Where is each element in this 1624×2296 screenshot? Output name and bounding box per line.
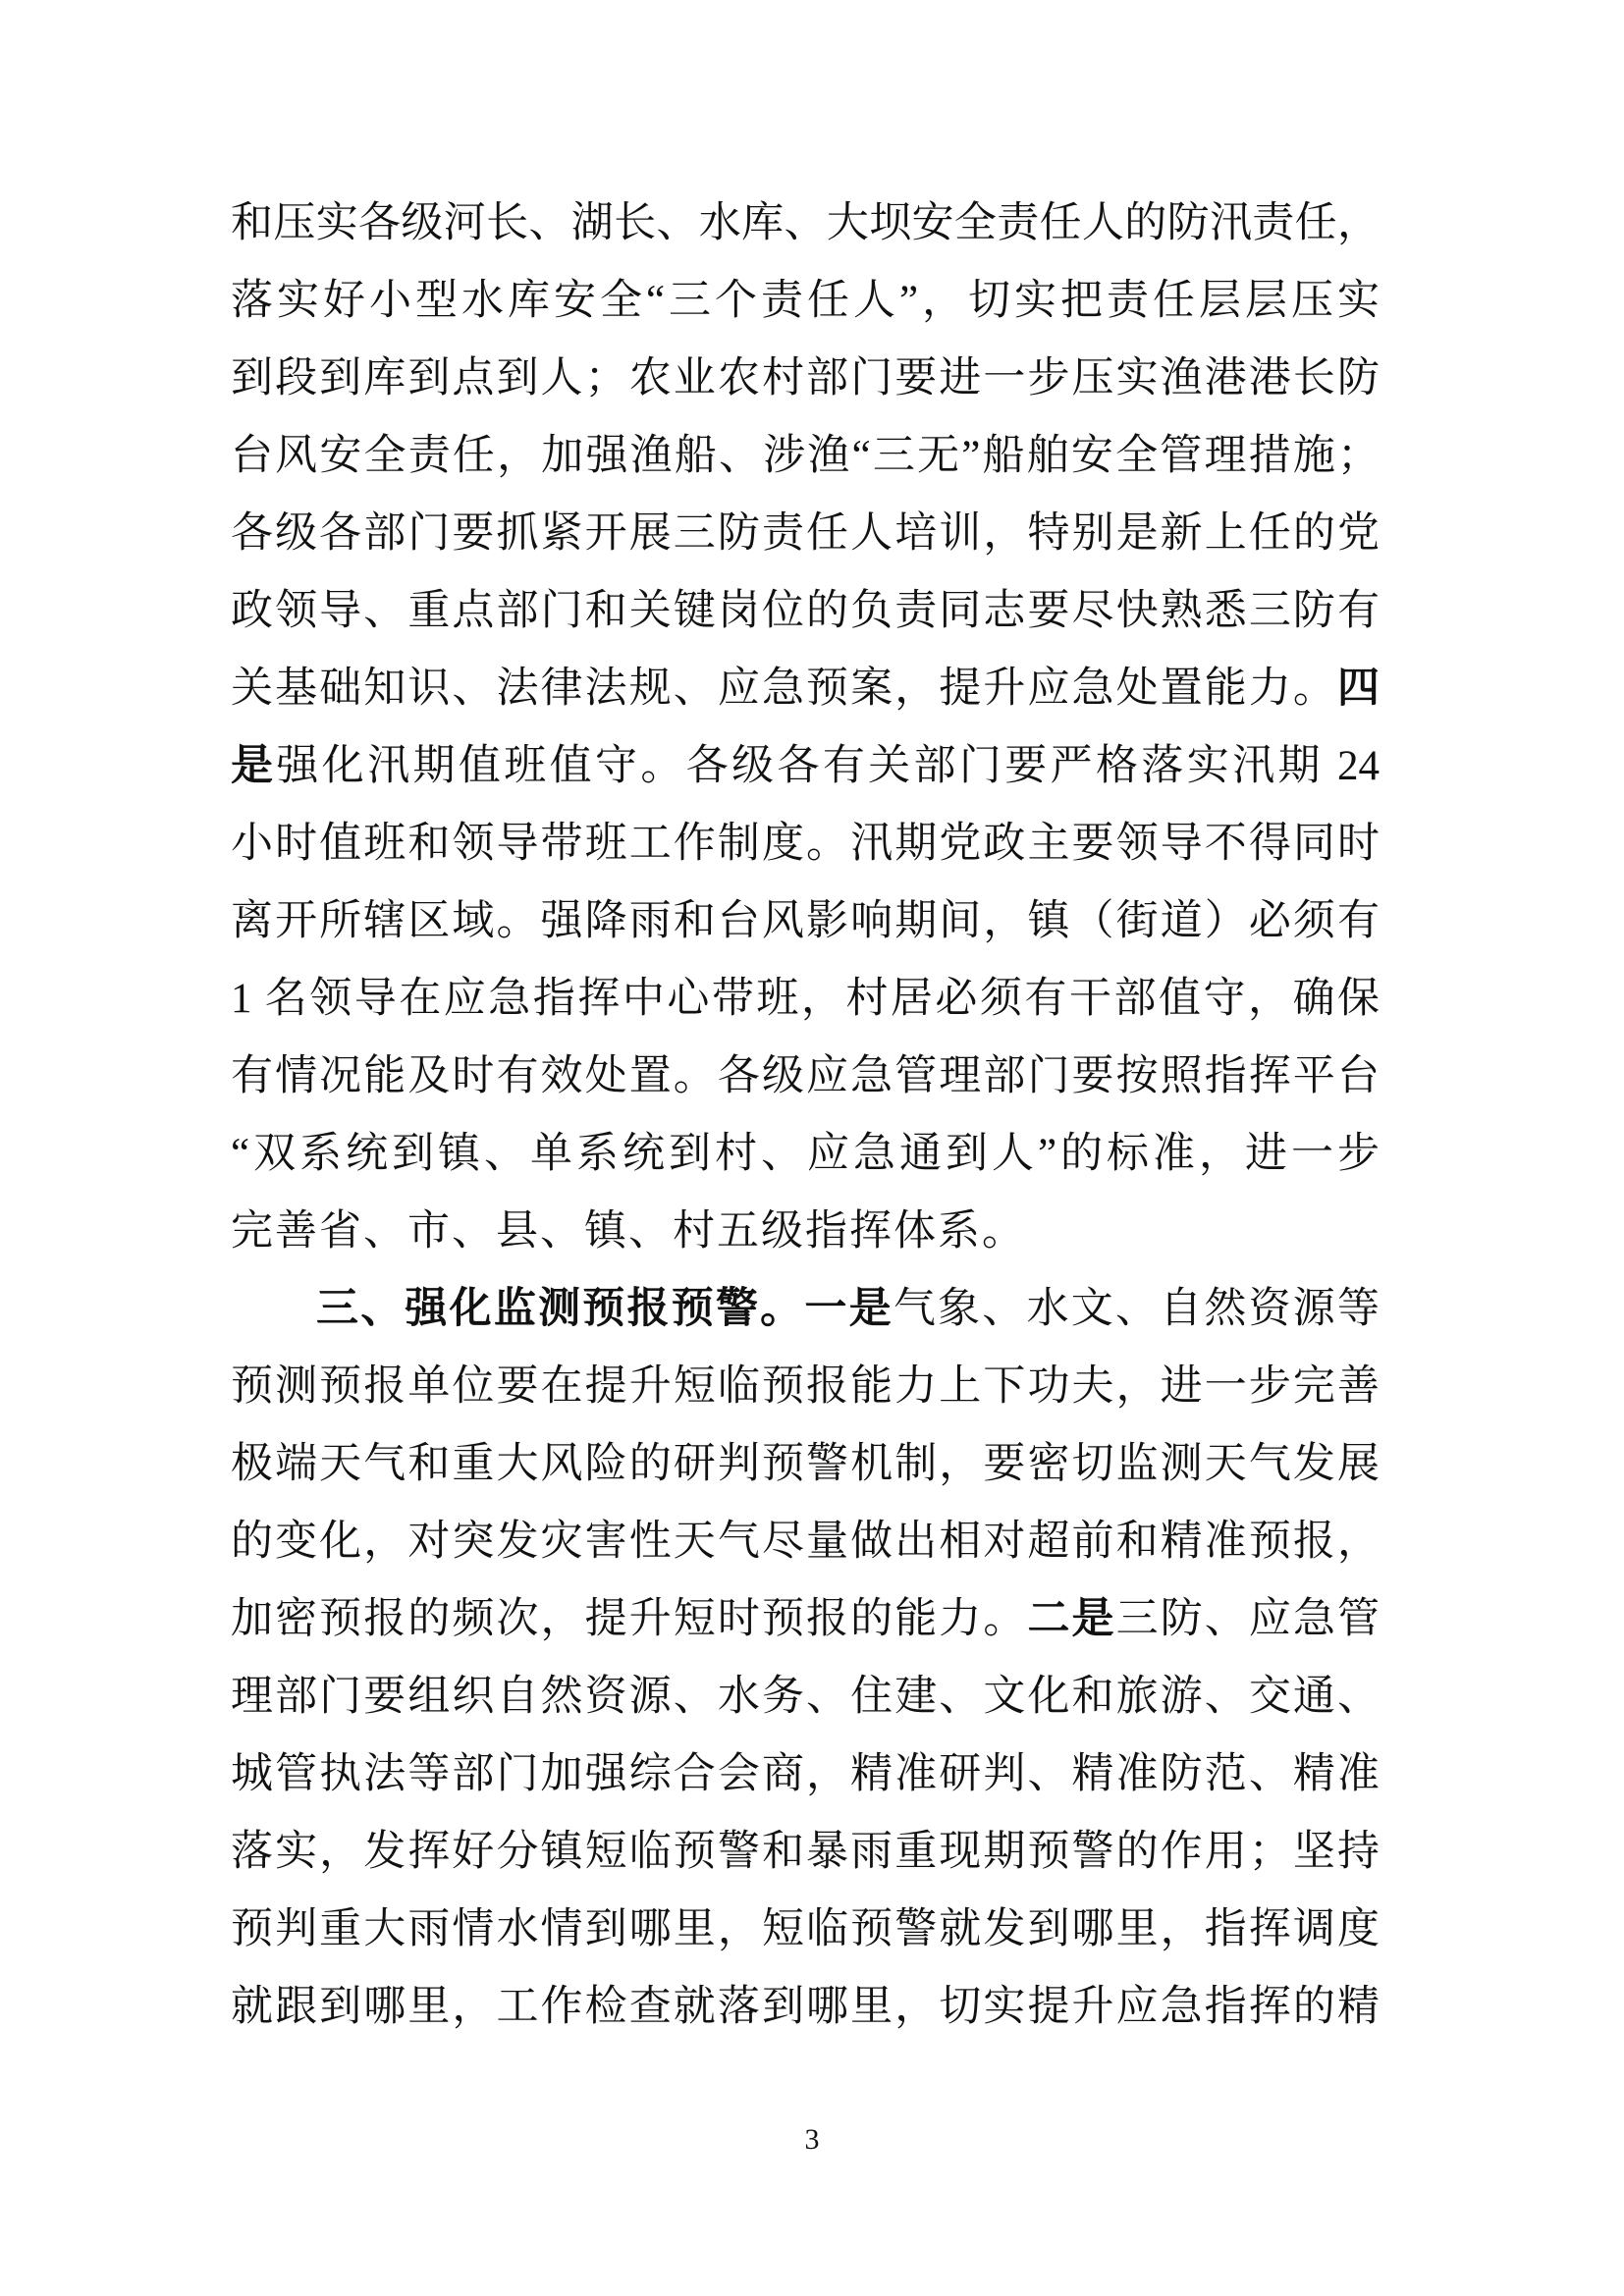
text-run: 各级各部门要抓紧开展三防责任人培训，特别是新上任的党 [231,510,1380,557]
text-line: 1 名领导在应急指挥中心带班，村居必须有干部值守，确保 [231,960,1380,1038]
text-line: 各级各部门要抓紧开展三防责任人培训，特别是新上任的党 [231,495,1380,572]
text-run: 预判重大雨情水情到哪里，短临预警就发到哪里，指挥调度 [231,1906,1380,1952]
text-line: 就跟到哪里，工作检查就落到哪里，切实提升应急指挥的精 [231,1968,1380,2046]
text-run: 极端天气和重大风险的研判预警机制，要密切监测天气发展 [231,1441,1380,1487]
text-line: 极端天气和重大风险的研判预警机制，要密切监测天气发展 [231,1425,1380,1503]
text-line: 完善省、市、县、镇、村五级指挥体系。 [231,1193,1380,1270]
text-run: 完善省、市、县、镇、村五级指挥体系。 [231,1208,1026,1255]
text-run: 到段到库到点到人；农业农村部门要进一步压实渔港港长防 [231,355,1380,401]
bold-text-run: 二是 [1027,1596,1115,1642]
text-line: 和压实各级河长、湖长、水库、大坝安全责任人的防汛责任， [231,185,1380,262]
text-run: 加密预报的频次，提升短时预报的能力。 [231,1596,1027,1642]
text-run: 和压实各级河长、湖长、水库、大坝安全责任人的防汛责任， [231,200,1380,246]
text-line: 关基础知识、法律法规、应急预案，提升应急处置能力。四 [231,650,1380,727]
text-line: 的变化，对突发灾害性天气尽量做出相对超前和精准预报， [231,1503,1380,1580]
text-line: 加密预报的频次，提升短时预报的能力。二是三防、应急管 [231,1580,1380,1658]
text-run: 落实，发挥好分镇短临预警和暴雨重现期预警的作用；坚持 [231,1829,1380,1875]
text-run: 理部门要组织自然资源、水务、住建、文化和旅游、交通、 [231,1674,1380,1720]
text-line: 城管执法等部门加强综合会商，精准研判、精准防范、精准 [231,1735,1380,1813]
text-run: 小时值班和领导带班工作制度。汛期党政主要领导不得同时 [231,821,1380,867]
text-run: 1 名领导在应急指挥中心带班，村居必须有干部值守，确保 [231,976,1380,1022]
text-line: 预判重大雨情水情到哪里，短临预警就发到哪里，指挥调度 [231,1891,1380,1968]
text-run: “双系统到镇、单系统到村、应急通到人”的标准，进一步 [231,1131,1380,1177]
text-line: 到段到库到点到人；农业农村部门要进一步压实渔港港长防 [231,340,1380,417]
text-run: 有情况能及时有效处置。各级应急管理部门要按照指挥平台 [231,1053,1380,1099]
text-run: 气象、水文、自然资源等 [893,1286,1380,1332]
text-run: 落实好小型水库安全“三个责任人”，切实把责任层层压实 [231,278,1380,324]
page-number: 3 [0,2122,1624,2158]
document-page: 和压实各级河长、湖长、水库、大坝安全责任人的防汛责任，落实好小型水库安全“三个责… [0,0,1624,2296]
text-run: 离开所辖区域。强降雨和台风影响期间，镇（街道）必须有 [231,898,1380,944]
text-line: 落实，发挥好分镇短临预警和暴雨重现期预警的作用；坚持 [231,1813,1380,1891]
bold-text-run: 是 [231,743,276,789]
text-run: 就跟到哪里，工作检查就落到哪里，切实提升应急指挥的精 [231,1984,1380,2030]
text-run: 台风安全责任，加强渔船、涉渔“三无”船舶安全管理措施； [231,433,1380,479]
text-run: 的变化，对突发灾害性天气尽量做出相对超前和精准预报， [231,1519,1380,1565]
text-line: 落实好小型水库安全“三个责任人”，切实把责任层层压实 [231,262,1380,340]
text-line: 政领导、重点部门和关键岗位的负责同志要尽快熟悉三防有 [231,572,1380,650]
bold-text-run: 四 [1337,666,1380,712]
text-run: 关基础知识、法律法规、应急预案，提升应急处置能力。 [231,666,1337,712]
text-line: 离开所辖区域。强降雨和台风影响期间，镇（街道）必须有 [231,882,1380,960]
text-run: 强化汛期值班值守。各级各有关部门要严格落实汛期 24 [276,743,1380,789]
text-line: 有情况能及时有效处置。各级应急管理部门要按照指挥平台 [231,1038,1380,1115]
text-run: 预测预报单位要在提升短临预报能力上下功夫，进一步完善 [231,1363,1380,1410]
text-run: 政领导、重点部门和关键岗位的负责同志要尽快熟悉三防有 [231,588,1380,634]
text-line: 三、强化监测预报预警。一是气象、水文、自然资源等 [231,1270,1380,1348]
bold-text-run: 一是 [804,1286,893,1332]
text-line: 小时值班和领导带班工作制度。汛期党政主要领导不得同时 [231,805,1380,882]
bold-text-run: 三、强化监测预报预警。 [316,1286,804,1332]
text-line: 台风安全责任，加强渔船、涉渔“三无”船舶安全管理措施； [231,417,1380,495]
text-run: 三防、应急管 [1116,1596,1380,1642]
body-text: 和压实各级河长、湖长、水库、大坝安全责任人的防汛责任，落实好小型水库安全“三个责… [231,185,1380,2046]
text-line: 预测预报单位要在提升短临预报能力上下功夫，进一步完善 [231,1348,1380,1425]
text-line: 是强化汛期值班值守。各级各有关部门要严格落实汛期 24 [231,727,1380,805]
text-line: 理部门要组织自然资源、水务、住建、文化和旅游、交通、 [231,1658,1380,1735]
text-run: 城管执法等部门加强综合会商，精准研判、精准防范、精准 [231,1751,1380,1797]
text-line: “双系统到镇、单系统到村、应急通到人”的标准，进一步 [231,1115,1380,1193]
